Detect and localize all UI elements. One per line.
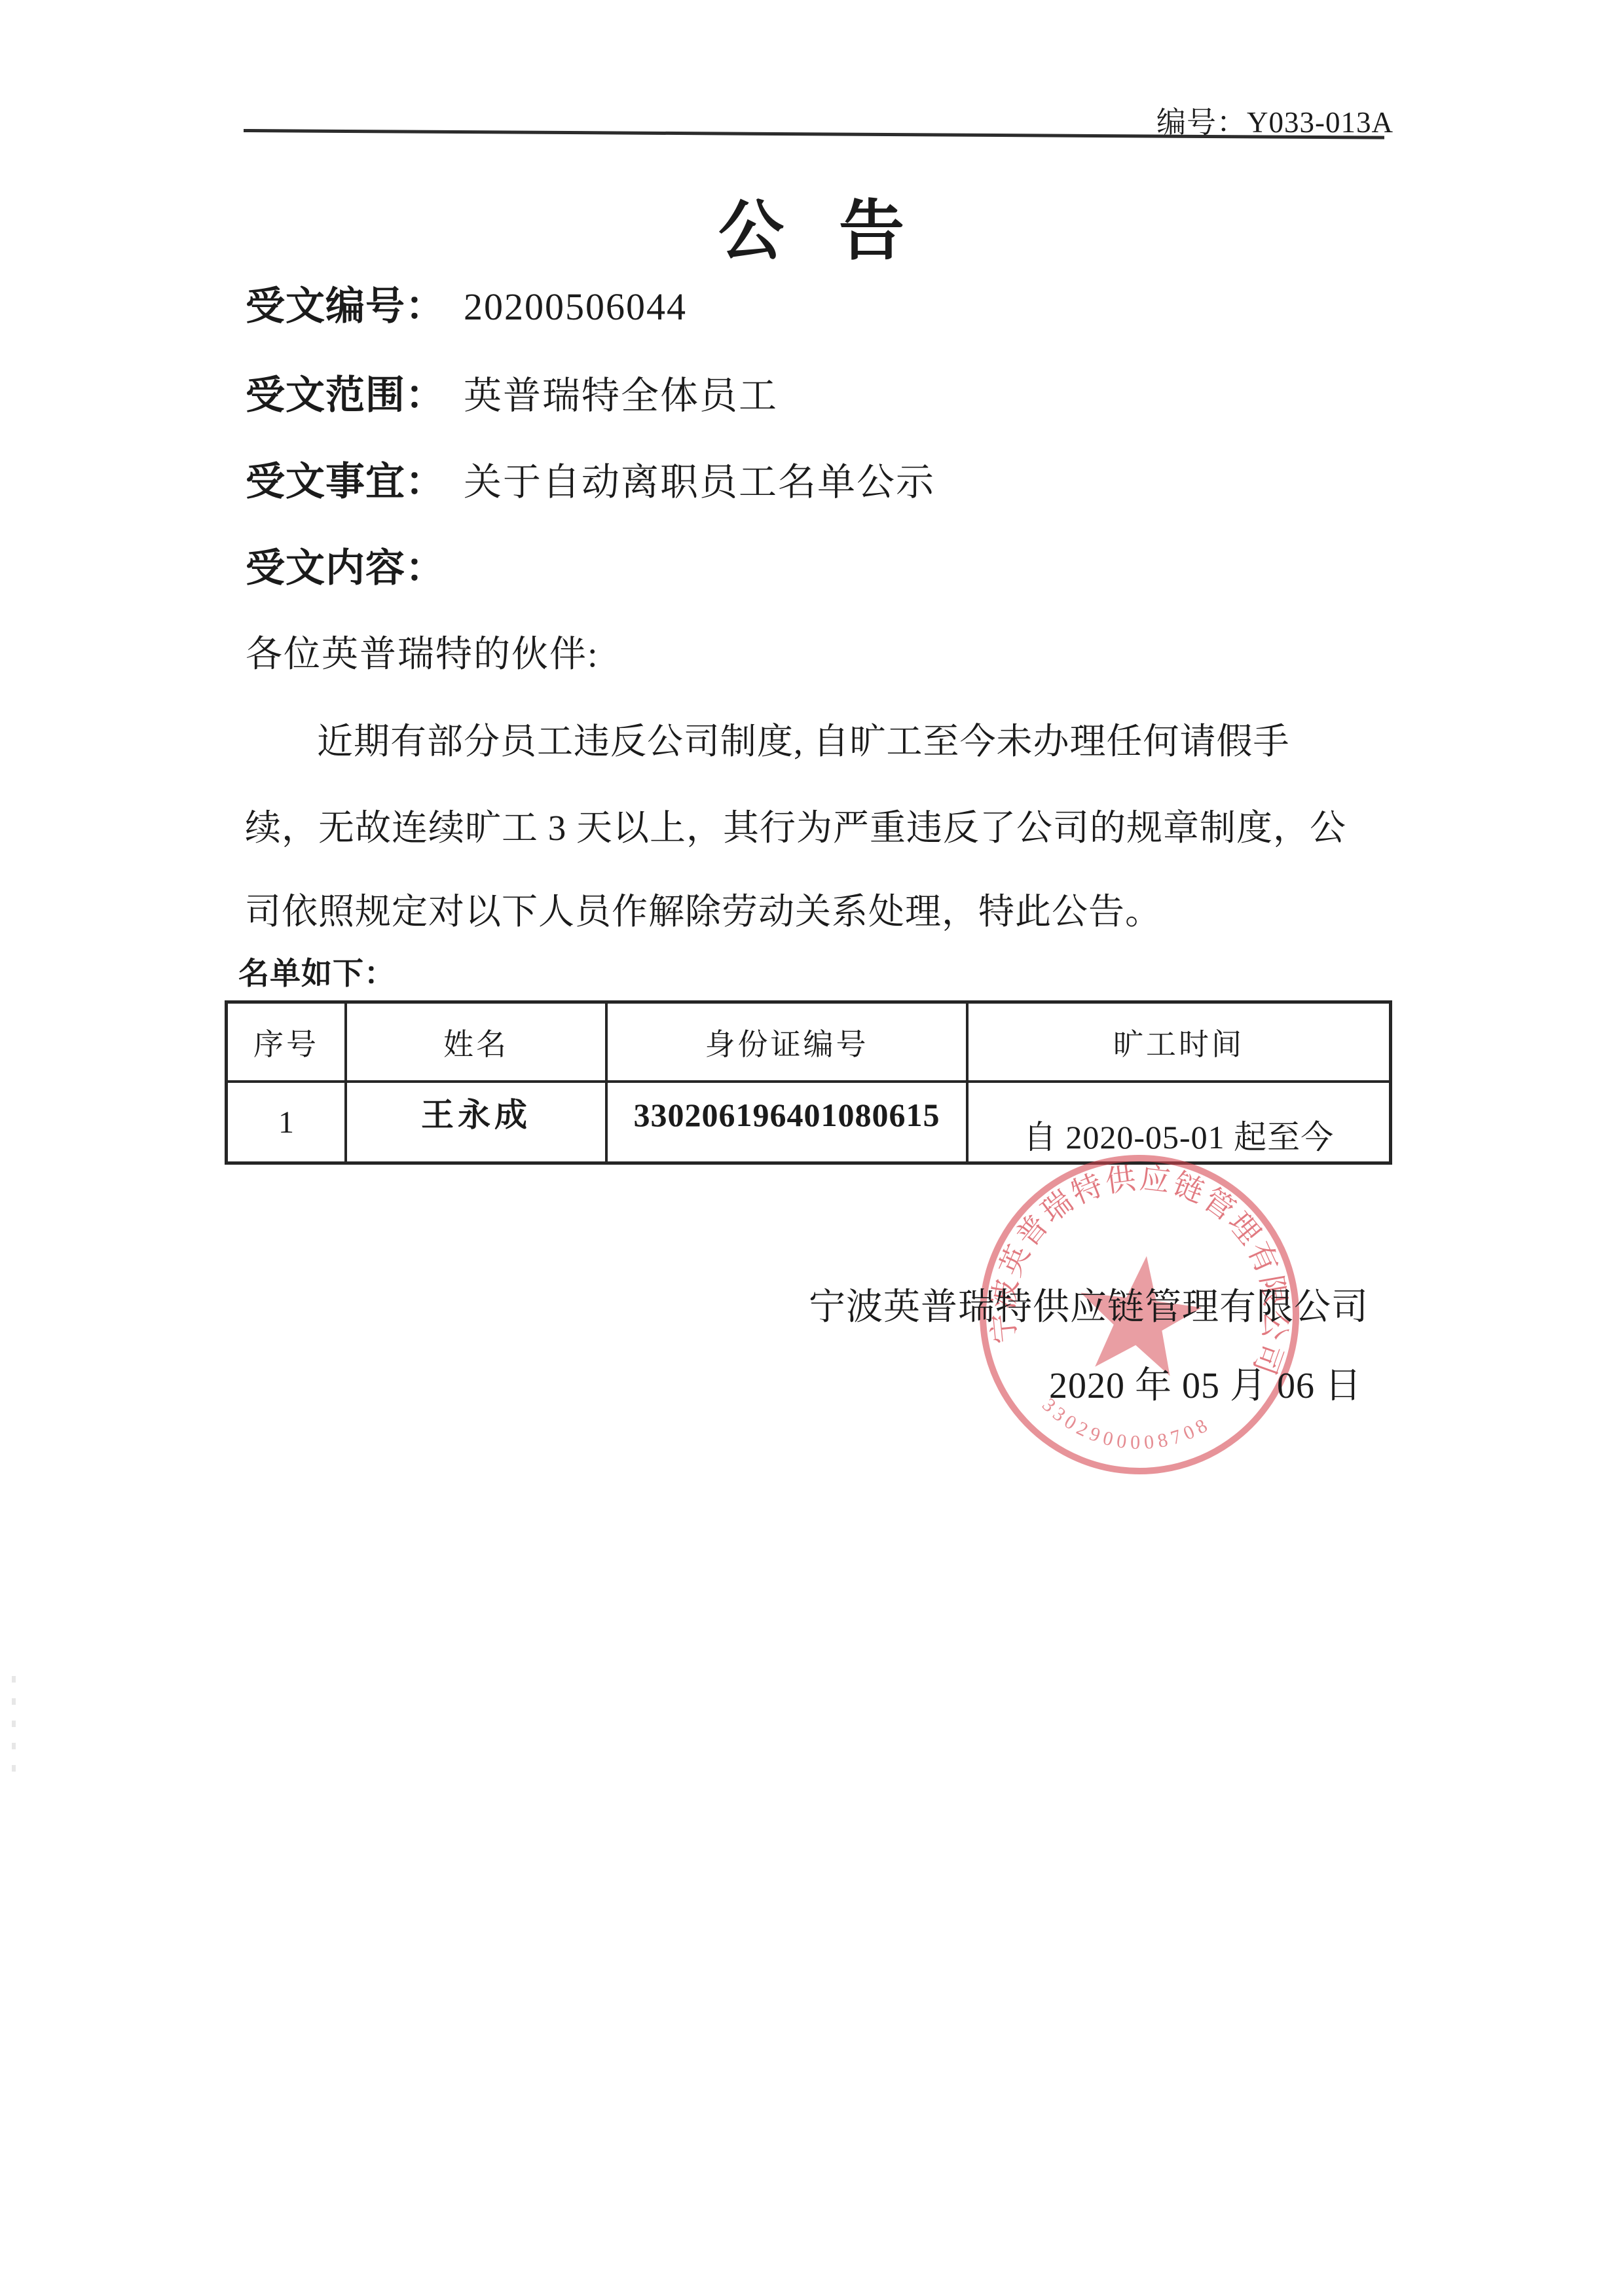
field-doc-subject: 受文事宜：关于自动离职员工名单公示 [246, 450, 935, 507]
field-doc-content: 受文内容： [246, 537, 464, 593]
field-doc-number-value: 20200506044 [464, 285, 687, 328]
body-line-1: 近期有部分员工违反公司制度, 自旷工至今未办理任何请假手 [317, 712, 1290, 764]
id-number-value: 330206196401080615 [634, 1096, 940, 1134]
cell-serial: 1 [227, 1082, 346, 1163]
field-doc-content-label: 受文内容： [246, 547, 445, 590]
page-title: 公 告 [0, 178, 1624, 272]
signature-company: 宁波英普瑞特供应链管理有限公司 [809, 1278, 1369, 1330]
header-serial: 序号 [227, 1002, 346, 1082]
body-line-2: 续，无故连续旷工 3 天以上，其行为严重违反了公司的规章制度，公 [245, 799, 1346, 850]
name-value: 王永成 [421, 1089, 531, 1136]
body-line-3: 司依照规定对以下人员作解除劳动关系处理，特此公告。 [245, 883, 1162, 934]
header-name: 姓名 [346, 1002, 606, 1082]
doc-reference-value: Y033-013A [1247, 106, 1393, 139]
list-intro-label: 名单如下： [238, 949, 396, 993]
field-doc-scope-label: 受文范围： [246, 374, 445, 417]
salutation: 各位英普瑞特的伙伴: [246, 625, 599, 678]
header-id-number: 身份证编号 [606, 1002, 967, 1082]
dismissed-employee-table: 序号 姓名 身份证编号 旷工时间 1 王永成 33020619640108061… [225, 1000, 1392, 1165]
cell-name: 王永成 [346, 1082, 606, 1163]
signature-date: 2020 年 05 月 06 日 [1049, 1357, 1362, 1409]
field-doc-scope-value: 英普瑞特全体员工 [464, 374, 778, 417]
field-doc-scope: 受文范围：英普瑞特全体员工 [246, 364, 778, 420]
cell-id-number: 330206196401080615 [606, 1082, 967, 1163]
field-doc-subject-value: 关于自动离职员工名单公示 [464, 461, 935, 503]
header-absence-period: 旷工时间 [967, 1002, 1391, 1082]
field-doc-number-label: 受文编号： [246, 285, 445, 328]
field-doc-number: 受文编号：20200506044 [246, 275, 687, 331]
doc-reference-label: 编号： [1156, 106, 1247, 139]
field-doc-subject-label: 受文事宜： [246, 460, 445, 503]
serial-value: 1 [278, 1104, 294, 1140]
scan-artifact [12, 1676, 16, 1774]
table-header-row: 序号 姓名 身份证编号 旷工时间 [227, 1002, 1391, 1082]
document-page: 编号：Y033-013A 公 告 受文编号：20200506044 受文范围：英… [0, 0, 1624, 2296]
